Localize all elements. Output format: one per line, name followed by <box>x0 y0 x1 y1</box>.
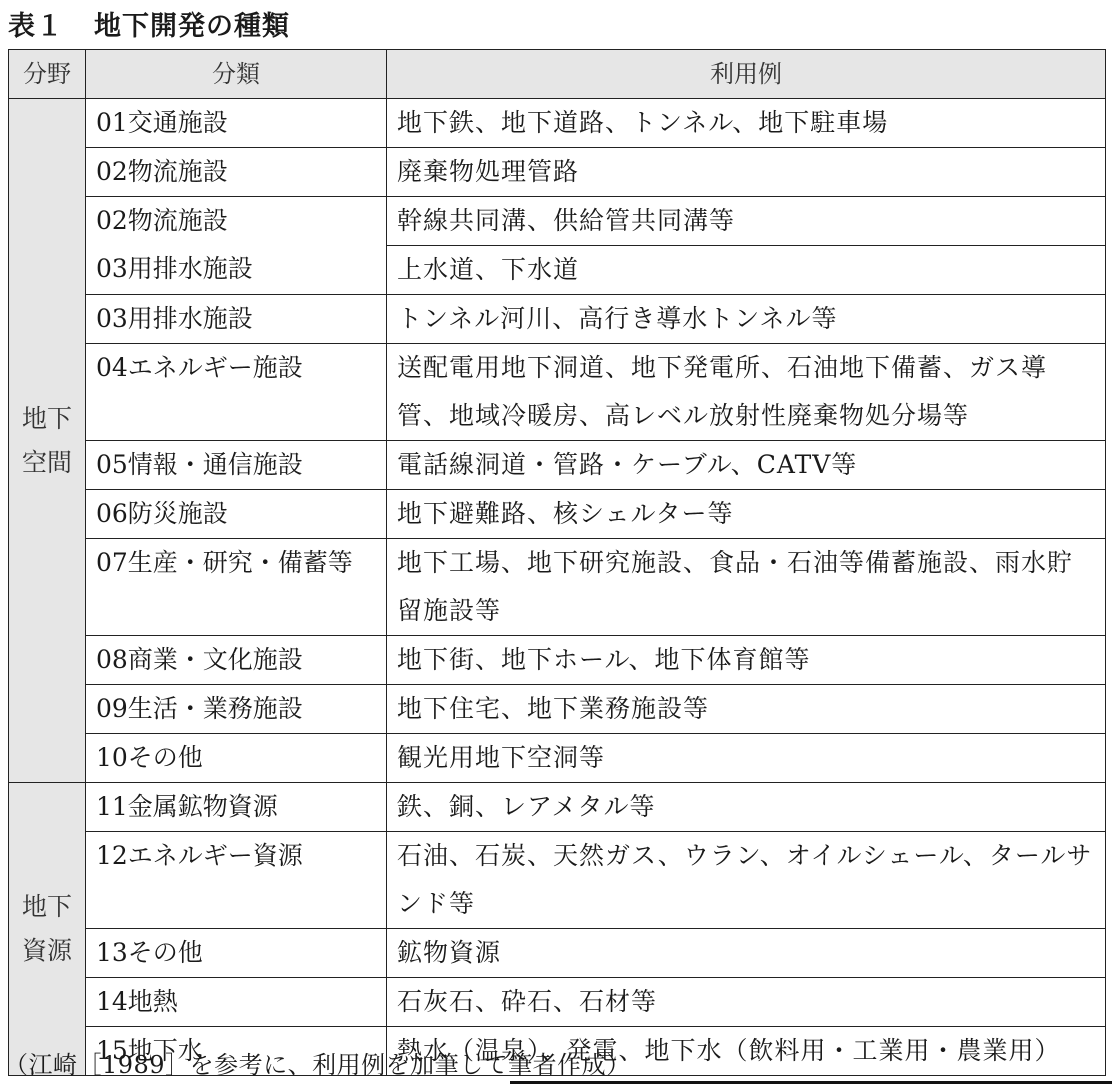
table-number: 表１ <box>8 11 64 42</box>
example-cell: 地下避難路、核シェルター等 <box>387 490 1106 539</box>
category-cell: 03用排水施設 <box>86 295 387 344</box>
category-cell: 08商業・文化施設 <box>86 636 387 685</box>
source-footnote: （江崎［1989］を参考に、利用例を加筆して筆者作成） <box>4 1045 631 1080</box>
category-line2: 03用排水施設 <box>96 245 376 293</box>
category-cell: 12エネルギー資源 <box>86 832 387 929</box>
header-row: 分野 分類 利用例 <box>9 50 1106 99</box>
table-row: 09生活・業務施設 地下住宅、地下業務施設等 <box>9 685 1106 734</box>
table-row: 03用排水施設 トンネル河川、高行き導水トンネル等 <box>9 295 1106 344</box>
table-title: 表１地下開発の種類 <box>8 4 290 43</box>
field-label-line2: 空間 <box>13 441 81 485</box>
header-example: 利用例 <box>387 50 1106 99</box>
table-row: 02物流施設 廃棄物処理管路 <box>9 148 1106 197</box>
table-row: 02物流施設 03用排水施設 幹線共同溝、供給管共同溝等 <box>9 197 1106 246</box>
category-cell: 02物流施設 <box>86 148 387 197</box>
field-label-line1: 地下 <box>13 885 81 929</box>
example-cell: 石油、石炭、天然ガス、ウラン、オイルシェール、タールサンド等 <box>387 832 1106 929</box>
example-cell: 上水道、下水道 <box>387 246 1106 295</box>
underground-development-table: 分野 分類 利用例 地下 空間 01交通施設 地下鉄、地下道路、トンネル、地下駐… <box>8 49 1106 1076</box>
example-cell: 地下工場、地下研究施設、食品・石油等備蓄施設、雨水貯留施設等 <box>387 539 1106 636</box>
example-cell: 幹線共同溝、供給管共同溝等 <box>387 197 1106 246</box>
category-line1: 02物流施設 <box>96 197 376 245</box>
table-row: 13その他 鉱物資源 <box>9 929 1106 978</box>
header-category: 分類 <box>86 50 387 99</box>
table-row: 08商業・文化施設 地下街、地下ホール、地下体育館等 <box>9 636 1106 685</box>
example-cell: 鉱物資源 <box>387 929 1106 978</box>
example-cell: 観光用地下空洞等 <box>387 734 1106 783</box>
example-cell: 石灰石、砕石、石材等 <box>387 978 1106 1027</box>
table-row: 06防災施設 地下避難路、核シェルター等 <box>9 490 1106 539</box>
field-label-line2: 資源 <box>13 929 81 973</box>
example-cell: 廃棄物処理管路 <box>387 148 1106 197</box>
category-cell: 13その他 <box>86 929 387 978</box>
table-row: 14地熱 石灰石、砕石、石材等 <box>9 978 1106 1027</box>
category-cell: 09生活・業務施設 <box>86 685 387 734</box>
category-cell: 11金属鉱物資源 <box>86 783 387 832</box>
field-label-line1: 地下 <box>13 397 81 441</box>
table-row: 地下 空間 01交通施設 地下鉄、地下道路、トンネル、地下駐車場 <box>9 99 1106 148</box>
field-underground-space: 地下 空間 <box>9 99 86 783</box>
category-cell: 10その他 <box>86 734 387 783</box>
table-row: 地下 資源 11金属鉱物資源 鉄、銅、レアメタル等 <box>9 783 1106 832</box>
example-cell: 地下街、地下ホール、地下体育館等 <box>387 636 1106 685</box>
category-cell: 02物流施設 03用排水施設 <box>86 197 387 295</box>
field-underground-resources: 地下 資源 <box>9 783 86 1076</box>
table-title-text: 地下開発の種類 <box>94 11 290 42</box>
example-cell: 電話線洞道・管路・ケーブル、CATV等 <box>387 441 1106 490</box>
table-row: 07生産・研究・備蓄等 地下工場、地下研究施設、食品・石油等備蓄施設、雨水貯留施… <box>9 539 1106 636</box>
category-cell: 01交通施設 <box>86 99 387 148</box>
example-cell: 鉄、銅、レアメタル等 <box>387 783 1106 832</box>
category-cell: 14地熱 <box>86 978 387 1027</box>
example-cell: 送配電用地下洞道、地下発電所、石油地下備蓄、ガス導管、地域冷暖房、高レベル放射性… <box>387 344 1106 441</box>
table-row: 04エネルギー施設 送配電用地下洞道、地下発電所、石油地下備蓄、ガス導管、地域冷… <box>9 344 1106 441</box>
table-row: 12エネルギー資源 石油、石炭、天然ガス、ウラン、オイルシェール、タールサンド等 <box>9 832 1106 929</box>
category-cell: 05情報・通信施設 <box>86 441 387 490</box>
category-cell: 04エネルギー施設 <box>86 344 387 441</box>
example-cell: 地下住宅、地下業務施設等 <box>387 685 1106 734</box>
divider-rule <box>510 1081 1112 1084</box>
category-cell: 07生産・研究・備蓄等 <box>86 539 387 636</box>
example-cell: 地下鉄、地下道路、トンネル、地下駐車場 <box>387 99 1106 148</box>
table-row: 05情報・通信施設 電話線洞道・管路・ケーブル、CATV等 <box>9 441 1106 490</box>
example-cell: トンネル河川、高行き導水トンネル等 <box>387 295 1106 344</box>
header-field: 分野 <box>9 50 86 99</box>
table-row: 10その他 観光用地下空洞等 <box>9 734 1106 783</box>
category-cell: 06防災施設 <box>86 490 387 539</box>
